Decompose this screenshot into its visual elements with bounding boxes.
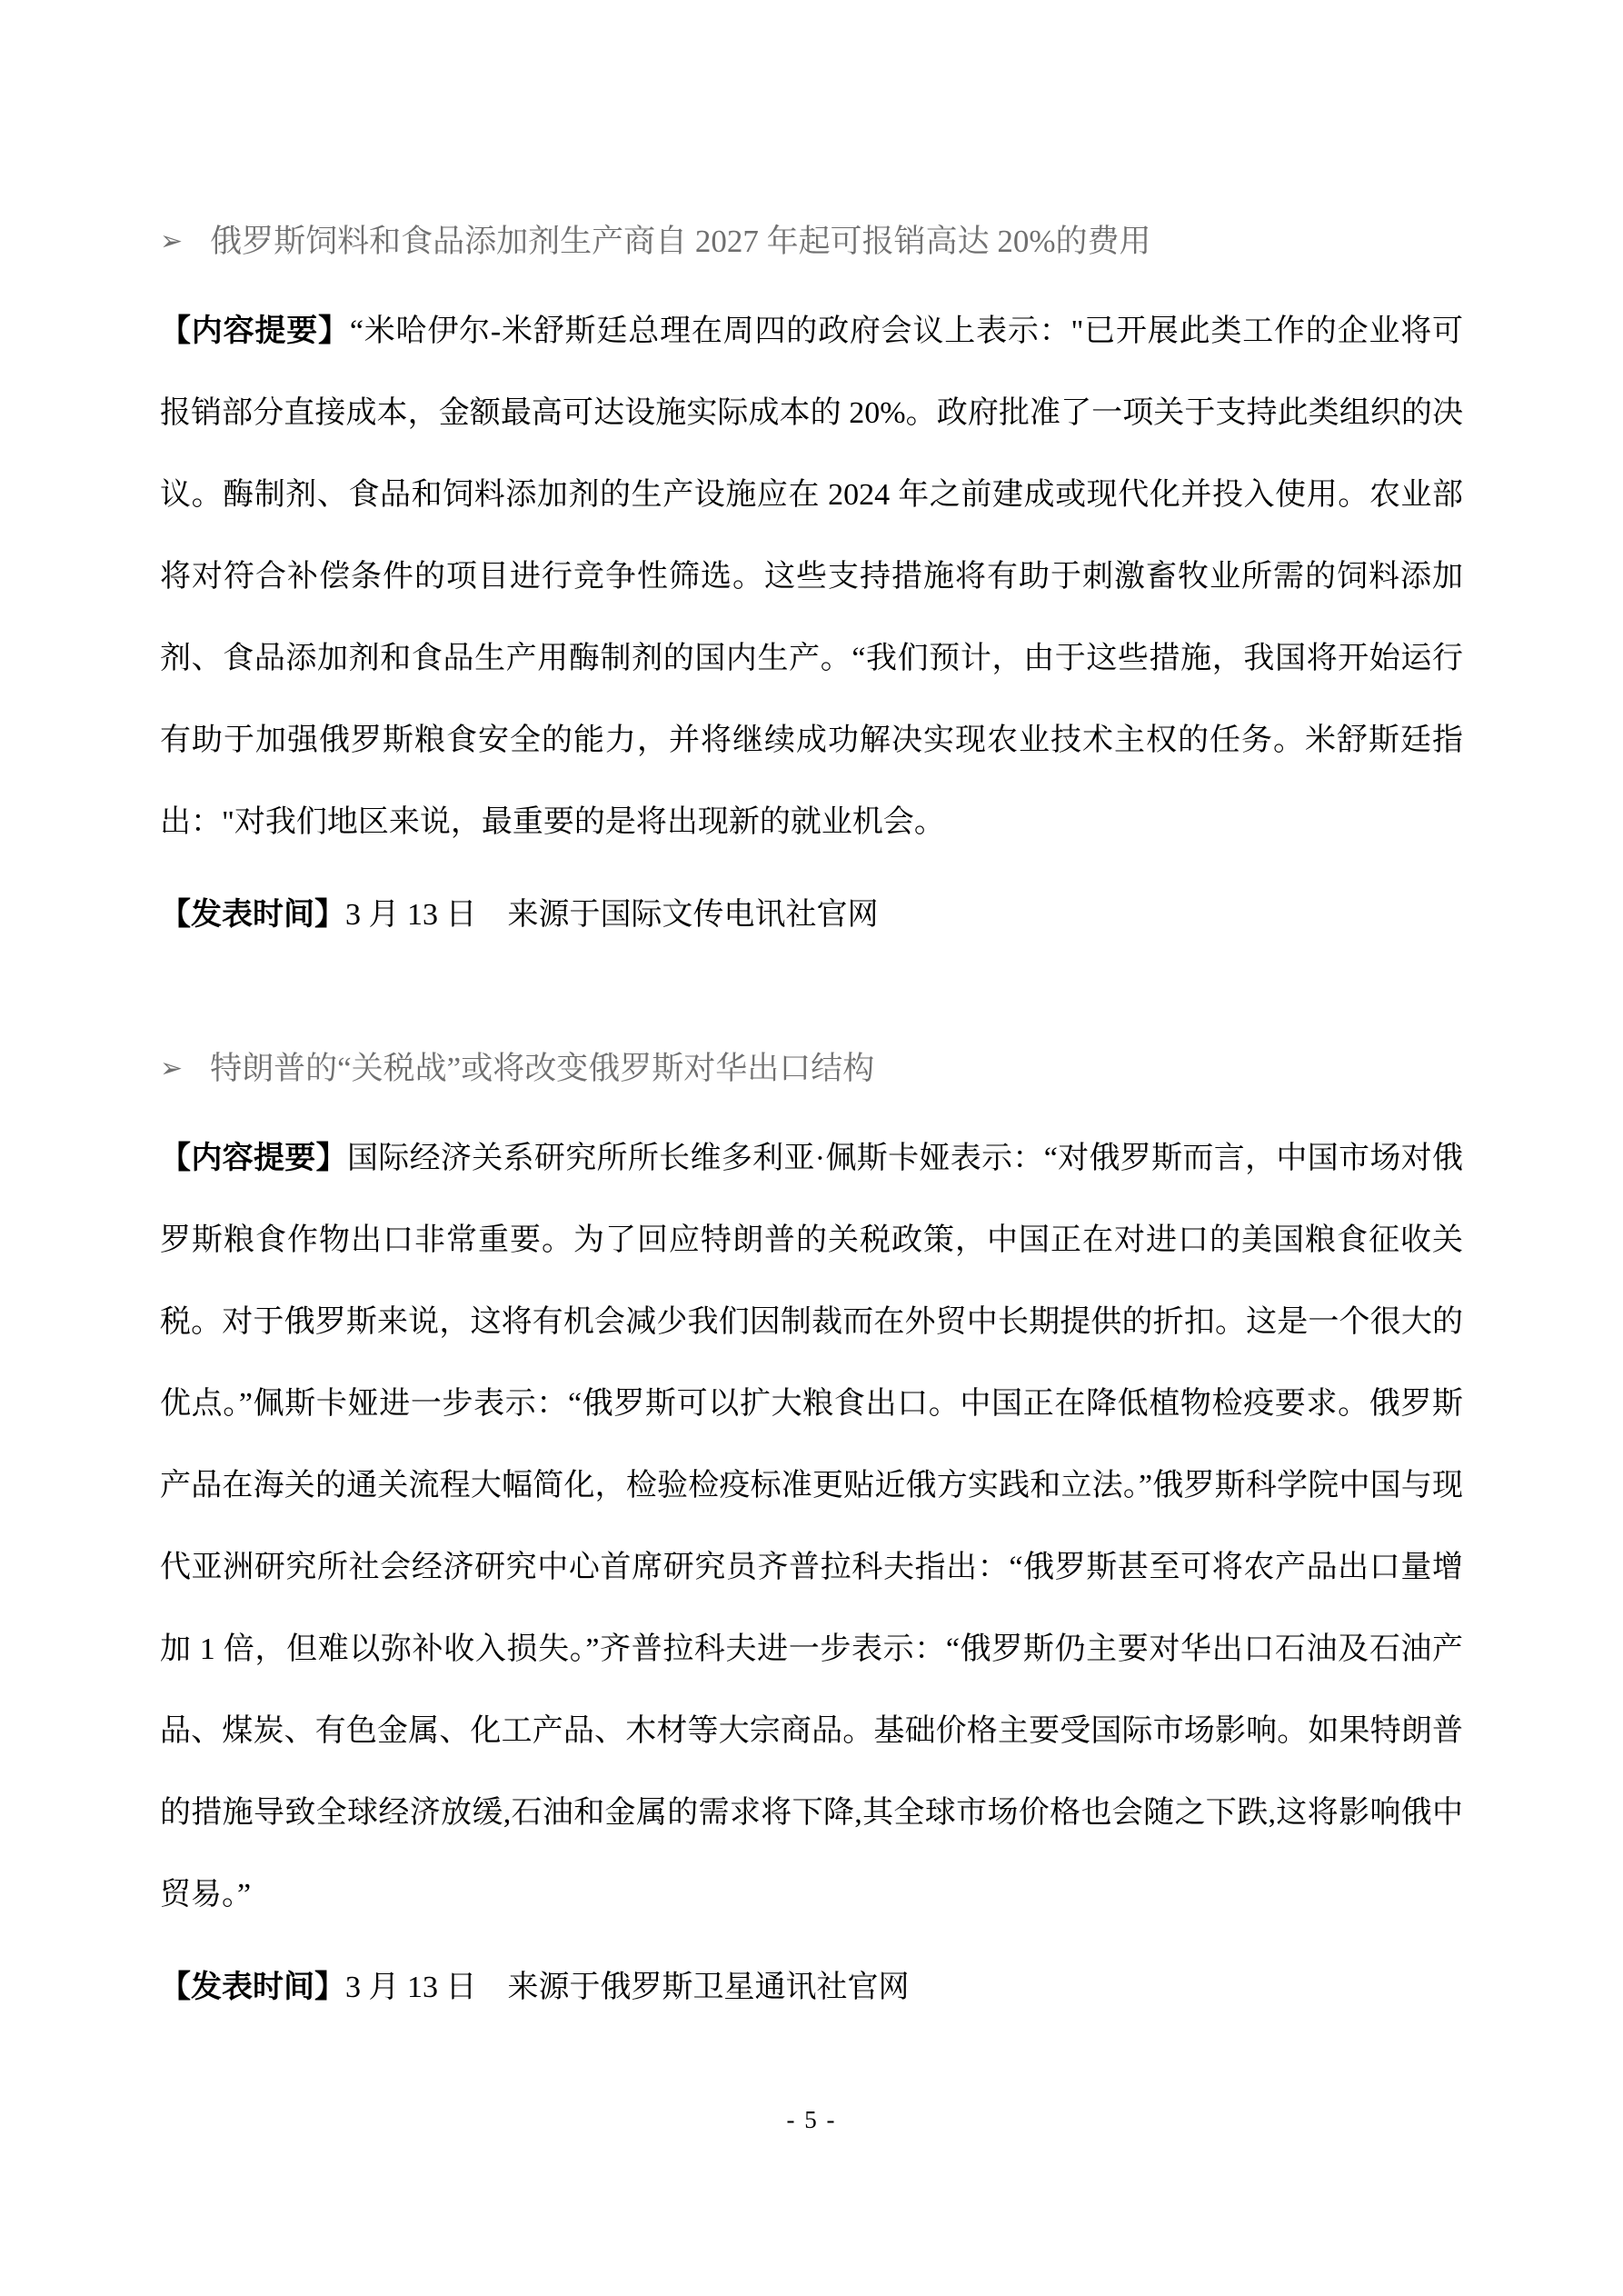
summary-label: 【内容提要】 [160, 1142, 347, 1175]
article-title-text: 俄罗斯饲料和食品添加剂生产商自 2027 年起可报销高达 20%的费用 [210, 224, 1150, 259]
article-dateline: 【发表时间】3 月 13 日 来源于俄罗斯卫星通讯社官网 [160, 1947, 1463, 2029]
article-title-row: ➢特朗普的“关税战”或将改变俄罗斯对华出口结构 [160, 1043, 1463, 1096]
arrow-bullet-icon: ➢ [160, 216, 183, 267]
date-text: 3 月 13 日 来源于俄罗斯卫星通讯社官网 [345, 1971, 910, 2004]
article-dateline: 【发表时间】3 月 13 日 来源于国际文传电讯社官网 [160, 874, 1463, 956]
document-page: ➢俄罗斯饲料和食品添加剂生产商自 2027 年起可报销高达 20%的费用 【内容… [0, 0, 1623, 2296]
article-feed-additives: ➢俄罗斯饲料和食品添加剂生产商自 2027 年起可报销高达 20%的费用 【内容… [160, 0, 1463, 956]
summary-text: “米哈伊尔-米舒斯廷总理在周四的政府会议上表示："已开展此类工作的企业将可报销部… [160, 314, 1463, 839]
article-title-text: 特朗普的“关税战”或将改变俄罗斯对华出口结构 [210, 1051, 874, 1086]
article-tariff-war: ➢特朗普的“关税战”或将改变俄罗斯对华出口结构 【内容提要】国际经济关系研究所所… [160, 1043, 1463, 2029]
date-text: 3 月 13 日 来源于国际文传电讯社官网 [345, 898, 879, 932]
date-label: 【发表时间】 [160, 898, 345, 932]
summary-label: 【内容提要】 [160, 314, 350, 348]
date-label: 【发表时间】 [160, 1971, 345, 2004]
article-summary: 【内容提要】“米哈伊尔-米舒斯廷总理在周四的政府会议上表示："已开展此类工作的企… [160, 291, 1463, 863]
page-number: - 5 - [0, 2106, 1623, 2134]
article-summary: 【内容提要】国际经济关系研究所所长维多利亚·佩斯卡娅表示：“对俄罗斯而言，中国市… [160, 1118, 1463, 1936]
summary-text: 国际经济关系研究所所长维多利亚·佩斯卡娅表示：“对俄罗斯而言，中国市场对俄罗斯粮… [160, 1142, 1463, 1912]
arrow-bullet-icon: ➢ [160, 1043, 183, 1094]
article-title-row: ➢俄罗斯饲料和食品添加剂生产商自 2027 年起可报销高达 20%的费用 [160, 216, 1463, 269]
